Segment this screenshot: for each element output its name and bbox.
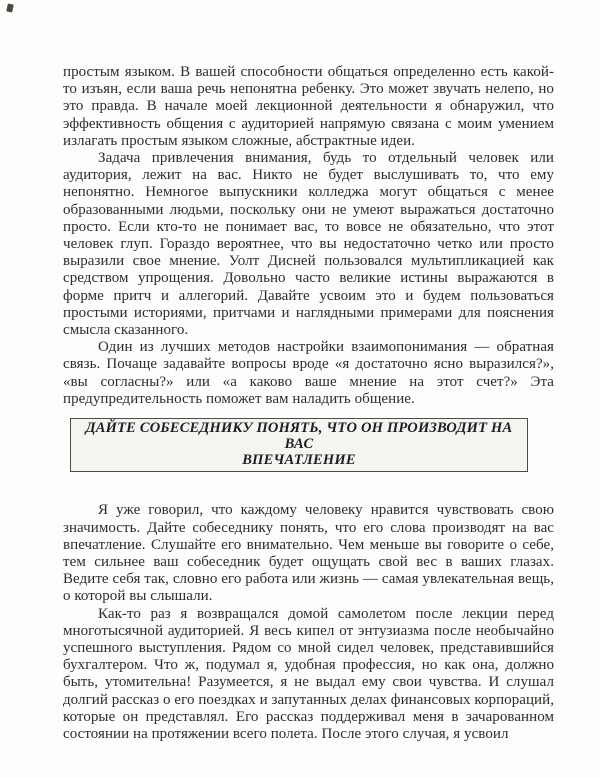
body-paragraph: Как-то раз я возвращался домой самолетом… bbox=[63, 606, 554, 744]
body-paragraph: Задача привлечения внимания, будь то отд… bbox=[63, 150, 554, 339]
page-text-block: простым языком. В вашей способности обща… bbox=[63, 64, 554, 743]
body-paragraph: Один из лучших методов настройки взаимоп… bbox=[63, 339, 554, 408]
book-page: простым языком. В вашей способности обща… bbox=[0, 0, 600, 777]
body-paragraph: простым языком. В вашей способности обща… bbox=[63, 64, 554, 150]
scan-artifact-speck bbox=[6, 3, 14, 12]
section-heading-line: ДАЙТЕ СОБЕСЕДНИКУ ПОНЯТЬ, ЧТО ОН ПРОИЗВО… bbox=[79, 421, 519, 453]
body-paragraph: Я уже говорил, что каждому человеку нрав… bbox=[63, 502, 554, 605]
section-heading-line: ВПЕЧАТЛЕНИЕ bbox=[79, 453, 519, 469]
section-heading-box: ДАЙТЕ СОБЕСЕДНИКУ ПОНЯТЬ, ЧТО ОН ПРОИЗВО… bbox=[70, 418, 528, 472]
